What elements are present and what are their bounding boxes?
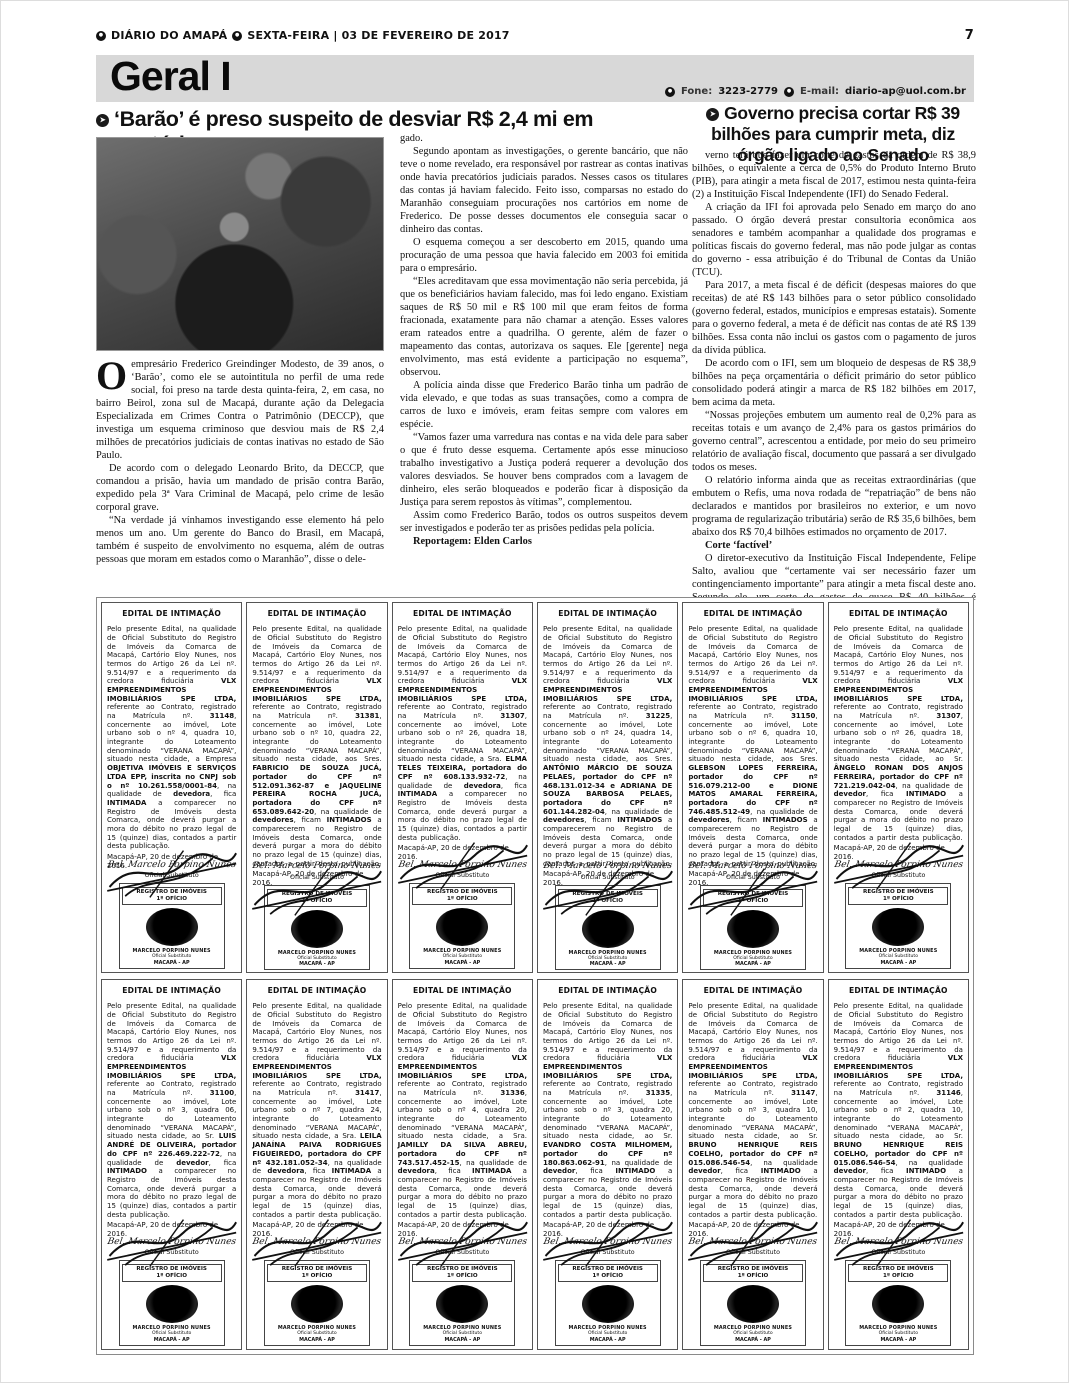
- signatory-role: Oficial Substituto: [252, 874, 381, 882]
- edital-bold-text: INTIMADO: [906, 1167, 946, 1175]
- masthead-left: ● DIÁRIO DO AMAPÁ ● SEXTA-FEIRA | 03 DE …: [96, 29, 510, 42]
- stamp-title-line2: 1º OFÍCIO: [592, 1273, 623, 1279]
- edital-text: a comparecerem no Registro de Imóveis de…: [688, 816, 817, 867]
- edital-title: EDITAL DE INTIMAÇÃO: [252, 609, 381, 618]
- registry-stamp: REGISTRO DE IMÓVEIS 1º OFÍCIO MARCELO PO…: [845, 883, 951, 969]
- signatory-role: Oficial Substituto: [543, 874, 672, 882]
- seal-city: MACAPÁ - AP: [558, 1337, 658, 1343]
- stamp-title-line2: 1º OFÍCIO: [738, 1273, 769, 1279]
- article-barao-column-2: gado. Segundo apontam as investigações, …: [400, 132, 688, 548]
- headline-arrow-icon: ➤: [96, 114, 109, 127]
- edital-text: a comparecer no Registro de Imóveis dest…: [107, 799, 236, 850]
- edital-text: , na qualidade: [750, 1159, 818, 1167]
- edital-text: a comparecerem no Registro de Imóveis de…: [543, 816, 672, 867]
- editais-grid: EDITAL DE INTIMAÇÃO Pelo presente Edital…: [96, 597, 974, 1355]
- signature-block: Bel. Marcelo Porpino Nunes Oficial Subst…: [107, 864, 236, 880]
- stamp-title-line2: 1º OFÍCIO: [447, 1273, 478, 1279]
- stamp-title-line2: 1º OFÍCIO: [883, 1273, 914, 1279]
- edital-text: , concernente ao imóvel, Lote urbano sob…: [834, 1089, 963, 1140]
- article-paragraph: “Na verdade já vínhamos investigando ess…: [96, 514, 384, 566]
- registry-stamp: REGISTRO DE IMÓVEIS 1º OFÍCIO MARCELO PO…: [119, 1260, 225, 1346]
- email-address: diario-ap@uol.com.br: [845, 86, 966, 97]
- signatory-role: Oficial Substituto: [398, 1249, 527, 1257]
- edital-body: Pelo presente Edital, na qualidade de Of…: [543, 625, 672, 868]
- edital-body: Pelo presente Edital, na qualidade de Of…: [107, 1002, 236, 1219]
- edital-text: , na qualidade: [895, 1159, 963, 1167]
- edital-bold-text: INTIMADA: [398, 790, 437, 798]
- edital-text: , ficam: [730, 816, 763, 824]
- continuation-paragraph: gado.: [400, 132, 688, 145]
- seal-city: MACAPÁ - AP: [412, 960, 512, 966]
- masthead-date: SEXTA-FEIRA | 03 DE FEVEREIRO DE 2017: [247, 29, 509, 42]
- seal-city: MACAPÁ - AP: [848, 960, 948, 966]
- signature-block: Bel. Marcelo Porpino Nunes Oficial Subst…: [252, 1233, 381, 1258]
- article-paragraph: verno terá que fazer um corte de gastos …: [692, 149, 976, 201]
- seal-city: MACAPÁ - AP: [267, 1337, 367, 1343]
- edital-title: EDITAL DE INTIMAÇÃO: [543, 609, 672, 618]
- edital-bold-text: devedores: [688, 816, 729, 824]
- edital-text: a comparecer no Registro de Imóveis dest…: [398, 790, 527, 841]
- edital-text: , na qualidade de: [459, 1159, 527, 1167]
- article-subhead: Corte ‘factível’: [692, 539, 976, 552]
- edital-body: Pelo presente Edital, na qualidade de Of…: [688, 625, 817, 868]
- article-photo: [96, 137, 384, 351]
- notary-seal-icon: [727, 1285, 779, 1323]
- edital-bold-text: devedor: [834, 790, 866, 798]
- notary-seal-icon: [436, 908, 488, 946]
- edital-text: , concernente ao imóvel, Lote urbano sob…: [107, 1089, 236, 1140]
- seal-city: MACAPÁ - AP: [122, 1337, 222, 1343]
- phone-number: 3223-2779: [718, 86, 778, 97]
- byline: Reportagem: Elden Carlos: [400, 535, 688, 548]
- edital-text: , fica: [866, 1167, 906, 1175]
- edital-bold-text: 31307: [500, 712, 524, 720]
- edital-text: Pelo presente Edital, na qualidade de Of…: [834, 625, 963, 685]
- edital-bold-text: INTIMADOS: [617, 816, 662, 824]
- signatory-name: Bel. Marcelo Porpino Nunes: [542, 861, 673, 872]
- edital-text: a comparecer no Registro de Imóveis dest…: [834, 1167, 963, 1218]
- signatory-name: Bel. Marcelo Porpino Nunes: [542, 1237, 673, 1248]
- signatory-role: Oficial Substituto: [107, 1249, 236, 1257]
- edital-bold-text: devedor: [834, 1167, 866, 1175]
- edital-bold-text: 31417: [355, 1089, 379, 1097]
- signature-block: Bel. Marcelo Porpino Nunes Oficial Subst…: [834, 856, 963, 881]
- edital-notice: EDITAL DE INTIMAÇÃO Pelo presente Edital…: [537, 602, 678, 973]
- edital-title: EDITAL DE INTIMAÇÃO: [107, 986, 236, 995]
- edital-text: a comparecer no Registro de Imóveis dest…: [543, 1167, 672, 1218]
- edital-text: , fica: [210, 790, 236, 798]
- signatory-name: Bel. Marcelo Porpino Nunes: [397, 860, 528, 871]
- edital-body: Pelo presente Edital, na qualidade de Of…: [398, 625, 527, 842]
- article-paragraph: De acordo com o IFI, sem um bloqueio de …: [692, 357, 976, 409]
- notary-seal-icon: [436, 1285, 488, 1323]
- edital-text: , na qualidade de: [750, 808, 818, 816]
- registry-stamp: REGISTRO DE IMÓVEIS 1º OFÍCIO MARCELO PO…: [555, 1260, 661, 1346]
- edital-body: Pelo presente Edital, na qualidade de Of…: [398, 1002, 527, 1219]
- edital-text: Pelo presente Edital, na qualidade de Of…: [398, 1002, 527, 1062]
- edital-bold-text: devedora: [464, 782, 501, 790]
- seal-name: MARCELO PORPINO NUNES: [703, 950, 803, 956]
- edital-text: Pelo presente Edital, na qualidade de Of…: [543, 1002, 672, 1062]
- seal-city: MACAPÁ - AP: [412, 1337, 512, 1343]
- edital-bold-text: INTIMADO: [615, 1167, 655, 1175]
- registry-stamp: REGISTRO DE IMÓVEIS 1º OFÍCIO MARCELO PO…: [409, 1260, 515, 1346]
- email-label: E-mail:: [800, 86, 839, 97]
- edital-text: Pelo presente Edital, na qualidade de Of…: [688, 625, 817, 685]
- edital-text: a comparecer no Registro de Imóveis dest…: [252, 1167, 381, 1218]
- masthead-title: DIÁRIO DO AMAPÁ: [111, 29, 227, 42]
- seal-name: MARCELO PORPINO NUNES: [267, 950, 367, 956]
- edital-bold-text: INTIMADO: [906, 790, 946, 798]
- signature-block: Bel. Marcelo Porpino Nunes Oficial Subst…: [834, 1233, 963, 1258]
- notary-seal-icon: [291, 1285, 343, 1323]
- bullet-glyph: ●: [668, 89, 672, 94]
- seal-city: MACAPÁ - AP: [558, 961, 658, 967]
- edital-body: Pelo presente Edital, na qualidade de Of…: [834, 625, 963, 842]
- edital-bold-text: INTIMADO: [761, 1167, 801, 1175]
- contact-info: ● Fone: 3223-2779 ● E-mail: diario-ap@uo…: [665, 86, 966, 97]
- edital-bold-text: 31336: [500, 1089, 524, 1097]
- edital-text: Pelo presente Edital, na qualidade de Of…: [252, 1002, 381, 1062]
- edital-body: Pelo presente Edital, na qualidade de Of…: [252, 1002, 381, 1219]
- signatory-role: Oficial Substituto: [688, 874, 817, 882]
- edital-bold-text: devedora: [267, 1167, 304, 1175]
- notary-seal-icon: [582, 1285, 634, 1323]
- signatory-name: Bel. Marcelo Porpino Nunes: [833, 1237, 964, 1248]
- edital-bold-text: 31147: [791, 1089, 815, 1097]
- edital-text: a comparecer no Registro de Imóveis dest…: [834, 790, 963, 841]
- edital-text: , concernente ao imóvel, Lote urbano sob…: [543, 1089, 672, 1140]
- bullet-icon: ●: [232, 31, 242, 41]
- phone-label: Fone:: [681, 86, 712, 97]
- notary-seal-icon: [872, 908, 924, 946]
- edital-bold-text: devedor: [688, 1167, 720, 1175]
- edital-bold-text: 31335: [646, 1089, 670, 1097]
- seal-name: MARCELO PORPINO NUNES: [558, 950, 658, 956]
- edital-text: , concernente ao imóvel, Lote urbano sob…: [398, 1089, 527, 1140]
- edital-text: , na qualidade de: [605, 1159, 673, 1167]
- article-barao-col1-paragraphs: De acordo com o delegado Leonardo Brito,…: [96, 462, 384, 566]
- edital-text: , concernente ao imóvel, Lote urbano sob…: [543, 712, 672, 763]
- registry-stamp: REGISTRO DE IMÓVEIS 1º OFÍCIO MARCELO PO…: [845, 1260, 951, 1346]
- page-number: 7: [965, 28, 974, 43]
- edital-bold-text: devedores: [543, 816, 584, 824]
- signatory-name: Bel. Marcelo Porpino Nunes: [106, 860, 237, 871]
- edital-text: , concernente ao imóvel, Lote urbano sob…: [834, 712, 963, 763]
- article-barao-col2-paragraphs: Segundo apontam as investigações, o gere…: [400, 145, 688, 535]
- article-paragraph: De acordo com o delegado Leonardo Brito,…: [96, 462, 384, 514]
- bullet-icon: ●: [96, 31, 106, 41]
- edital-text: , ficam: [294, 816, 327, 824]
- signature-block: Bel. Marcelo Porpino Nunes Oficial Subst…: [398, 1233, 527, 1258]
- edital-bold-text: INTIMADO: [107, 1167, 147, 1175]
- notary-seal-icon: [872, 1285, 924, 1323]
- signatory-role: Oficial Substituto: [688, 1249, 817, 1257]
- edital-text: , na qualidade de: [895, 782, 963, 790]
- signatory-role: Oficial Substituto: [834, 1249, 963, 1257]
- signatory-name: Bel. Marcelo Porpino Nunes: [106, 1237, 237, 1248]
- edital-notice: EDITAL DE INTIMAÇÃO Pelo presente Edital…: [101, 602, 242, 973]
- edital-title: EDITAL DE INTIMAÇÃO: [834, 986, 963, 995]
- edital-bold-text: 31150: [791, 712, 815, 720]
- newspaper-page: ● DIÁRIO DO AMAPÁ ● SEXTA-FEIRA | 03 DE …: [0, 0, 1069, 1383]
- edital-text: , fica: [866, 790, 906, 798]
- signatory-name: Bel. Marcelo Porpino Nunes: [833, 860, 964, 871]
- edital-title: EDITAL DE INTIMAÇÃO: [834, 609, 963, 618]
- bullet-glyph: ●: [787, 89, 791, 94]
- signatory-role: Oficial Substituto: [252, 1249, 381, 1257]
- signatory-name: Bel. Marcelo Porpino Nunes: [687, 861, 818, 872]
- edital-text: Pelo presente Edital, na qualidade de Of…: [398, 625, 527, 685]
- arrow-glyph: ➤: [710, 111, 716, 118]
- edital-title: EDITAL DE INTIMAÇÃO: [252, 986, 381, 995]
- edital-title: EDITAL DE INTIMAÇÃO: [543, 986, 672, 995]
- signatory-name: Bel. Marcelo Porpino Nunes: [251, 1237, 382, 1248]
- edital-title: EDITAL DE INTIMAÇÃO: [107, 609, 236, 618]
- seal-city: MACAPÁ - AP: [267, 961, 367, 967]
- article-paragraph: A criação da IFI foi aprovada pelo Senad…: [692, 201, 976, 279]
- edital-text: , fica: [209, 1159, 237, 1167]
- stamp-title-line2: 1º OFÍCIO: [302, 1273, 333, 1279]
- article-governo-paragraphs-1: verno terá que fazer um corte de gastos …: [692, 149, 976, 539]
- edital-text: , fica: [575, 1167, 615, 1175]
- edital-bold-text: 31100: [210, 1089, 234, 1097]
- edital-text: , concernente ao imóvel, Lote urbano sob…: [688, 1089, 817, 1140]
- article-paragraph: O relatório informa ainda que as receita…: [692, 474, 976, 539]
- seal-city: MACAPÁ - AP: [122, 960, 222, 966]
- article-paragraph: “Eles acreditavam que essa movimentação …: [400, 275, 688, 379]
- edital-text: a comparecer no Registro de Imóveis dest…: [398, 1167, 527, 1218]
- edital-notice: EDITAL DE INTIMAÇÃO Pelo presente Edital…: [101, 979, 242, 1350]
- article-paragraph: “Nossas projeções embutem um aumento rea…: [692, 409, 976, 474]
- signature-block: Bel. Marcelo Porpino Nunes Oficial Subst…: [688, 1233, 817, 1258]
- edital-bold-text: devedor: [543, 1167, 575, 1175]
- signatory-role: Oficial Substituto: [834, 872, 963, 880]
- edital-text: , concernente ao imóvel, Lote urbano sob…: [252, 712, 381, 763]
- edital-bold-text: INTIMADOS: [327, 816, 372, 824]
- notary-seal-icon: [146, 1285, 198, 1323]
- edital-notice: EDITAL DE INTIMAÇÃO Pelo presente Edital…: [828, 602, 969, 973]
- article-paragraph: Assim como Frederico Barão, todos os out…: [400, 509, 688, 535]
- edital-text: , na qualidade de: [605, 808, 673, 816]
- email-icon: ●: [784, 87, 794, 97]
- edital-title: EDITAL DE INTIMAÇÃO: [398, 609, 527, 618]
- seal-city: MACAPÁ - AP: [848, 1337, 948, 1343]
- edital-bold-text: INTIMADA: [332, 1167, 371, 1175]
- masthead: ● DIÁRIO DO AMAPÁ ● SEXTA-FEIRA | 03 DE …: [96, 28, 974, 43]
- signatory-role: Oficial Substituto: [107, 872, 236, 880]
- signatory-name: Bel. Marcelo Porpino Nunes: [397, 1237, 528, 1248]
- edital-notice: EDITAL DE INTIMAÇÃO Pelo presente Edital…: [682, 979, 823, 1350]
- section-title: Geral I: [110, 53, 231, 100]
- stamp-title-line2: 1º OFÍCIO: [156, 1273, 187, 1279]
- lead-text: empresário Frederico Greindinger Modesto…: [96, 359, 384, 461]
- signature-block: Bel. Marcelo Porpino Nunes Oficial Subst…: [543, 1233, 672, 1258]
- edital-notice: EDITAL DE INTIMAÇÃO Pelo presente Edital…: [392, 602, 533, 973]
- edital-bold-text: devedora: [173, 790, 210, 798]
- edital-bold-text: 31225: [646, 712, 670, 720]
- edital-title: EDITAL DE INTIMAÇÃO: [398, 986, 527, 995]
- edital-text: , na qualidade de: [314, 808, 382, 816]
- edital-bold-text: devedores: [252, 816, 293, 824]
- edital-text: a comparecerem no Registro de Imóveis de…: [252, 816, 381, 867]
- article-lead-paragraph: Oempresário Frederico Greindinger Modest…: [96, 358, 384, 462]
- article-paragraph: Para 2017, a meta fiscal é de déficit (d…: [692, 279, 976, 357]
- seal-city: MACAPÁ - AP: [703, 961, 803, 967]
- edital-bold-text: INTIMADOS: [763, 816, 808, 824]
- signatory-name: Bel. Marcelo Porpino Nunes: [251, 861, 382, 872]
- registry-stamp: REGISTRO DE IMÓVEIS 1º OFÍCIO MARCELO PO…: [409, 883, 515, 969]
- edital-text: , concernente ao imóvel, Lote urbano sob…: [107, 712, 236, 763]
- edital-bold-text: 31381: [355, 712, 379, 720]
- registry-stamp: REGISTRO DE IMÓVEIS 1º OFÍCIO MARCELO PO…: [700, 1260, 806, 1346]
- dropcap: O: [96, 358, 131, 392]
- edital-notice: EDITAL DE INTIMAÇÃO Pelo presente Edital…: [828, 979, 969, 1350]
- edital-body: Pelo presente Edital, na qualidade de Of…: [834, 1002, 963, 1219]
- edital-text: , concernente ao imóvel, Lote urbano sob…: [688, 712, 817, 763]
- edital-bold-text: devedora: [398, 1167, 435, 1175]
- edital-text: Pelo presente Edital, na qualidade de Of…: [543, 625, 672, 685]
- edital-notice: EDITAL DE INTIMAÇÃO Pelo presente Edital…: [246, 979, 387, 1350]
- section-banner: Geral I ● Fone: 3223-2779 ● E-mail: diar…: [96, 55, 974, 102]
- article-paragraph: O esquema começou a ser descoberto em 20…: [400, 236, 688, 275]
- article-paragraph: A polícia ainda disse que Frederico Barã…: [400, 379, 688, 431]
- phone-icon: ●: [665, 87, 675, 97]
- edital-text: Pelo presente Edital, na qualidade de Of…: [252, 625, 381, 685]
- edital-notice: EDITAL DE INTIMAÇÃO Pelo presente Edital…: [392, 979, 533, 1350]
- edital-bold-text: INTIMADA: [107, 799, 146, 807]
- edital-body: Pelo presente Edital, na qualidade de Of…: [688, 1002, 817, 1219]
- edital-text: a comparecer no Registro de Imóveis dest…: [107, 1167, 236, 1218]
- article-governo-body: verno terá que fazer um corte de gastos …: [692, 149, 976, 617]
- notary-seal-icon: [146, 908, 198, 946]
- edital-bold-text: INTIMADA: [472, 1167, 511, 1175]
- signatory-role: Oficial Substituto: [398, 872, 527, 880]
- edital-text: Pelo presente Edital, na qualidade de Of…: [107, 1002, 236, 1062]
- edital-bold-text: 31148: [210, 712, 234, 720]
- registry-stamp: REGISTRO DE IMÓVEIS 1º OFÍCIO MARCELO PO…: [264, 1260, 370, 1346]
- edital-notice: EDITAL DE INTIMAÇÃO Pelo presente Edital…: [537, 979, 678, 1350]
- stamp-title-line2: 1º OFÍCIO: [447, 896, 478, 902]
- edital-text: a comparecer no Registro de Imóveis dest…: [688, 1167, 817, 1218]
- edital-title: EDITAL DE INTIMAÇÃO: [688, 609, 817, 618]
- edital-notice: EDITAL DE INTIMAÇÃO Pelo presente Edital…: [246, 602, 387, 973]
- article-paragraph: Segundo apontam as investigações, o gere…: [400, 145, 688, 236]
- article-paragraph: “Vamos fazer uma varredura nas contas e …: [400, 431, 688, 509]
- stamp-title-line2: 1º OFÍCIO: [883, 896, 914, 902]
- edital-text: , fica: [501, 782, 527, 790]
- edital-bold-text: 31146: [936, 1089, 960, 1097]
- signatory-role: Oficial Substituto: [543, 1249, 672, 1257]
- edital-text: , fica: [721, 1167, 761, 1175]
- edital-text: , fica: [304, 1167, 331, 1175]
- edital-body: Pelo presente Edital, na qualidade de Of…: [107, 625, 236, 850]
- edital-bold-text: 31307: [936, 712, 960, 720]
- arrow-glyph: ➤: [100, 117, 105, 124]
- edital-body: Pelo presente Edital, na qualidade de Of…: [252, 625, 381, 868]
- signature-block: Bel. Marcelo Porpino Nunes Oficial Subst…: [398, 856, 527, 881]
- edital-text: Pelo presente Edital, na qualidade de Of…: [834, 1002, 963, 1062]
- seal-city: MACAPÁ - AP: [703, 1337, 803, 1343]
- bullet-glyph: ●: [99, 33, 104, 38]
- headline-arrow-icon: ➤: [706, 108, 719, 121]
- edital-body: Pelo presente Edital, na qualidade de Of…: [543, 1002, 672, 1219]
- edital-text: Pelo presente Edital, na qualidade de Of…: [107, 625, 236, 685]
- edital-bold-text: devedor: [176, 1159, 208, 1167]
- edital-text: , fica: [435, 1167, 472, 1175]
- signatory-name: Bel. Marcelo Porpino Nunes: [687, 1237, 818, 1248]
- edital-text: Pelo presente Edital, na qualidade de Of…: [688, 1002, 817, 1062]
- edital-text: , ficam: [584, 816, 617, 824]
- edital-title: EDITAL DE INTIMAÇÃO: [688, 986, 817, 995]
- signature-block: Bel. Marcelo Porpino Nunes Oficial Subst…: [107, 1233, 236, 1258]
- edital-notice: EDITAL DE INTIMAÇÃO Pelo presente Edital…: [682, 602, 823, 973]
- article-barao-column-1: Oempresário Frederico Greindinger Modest…: [96, 137, 384, 566]
- bullet-glyph: ●: [235, 33, 240, 38]
